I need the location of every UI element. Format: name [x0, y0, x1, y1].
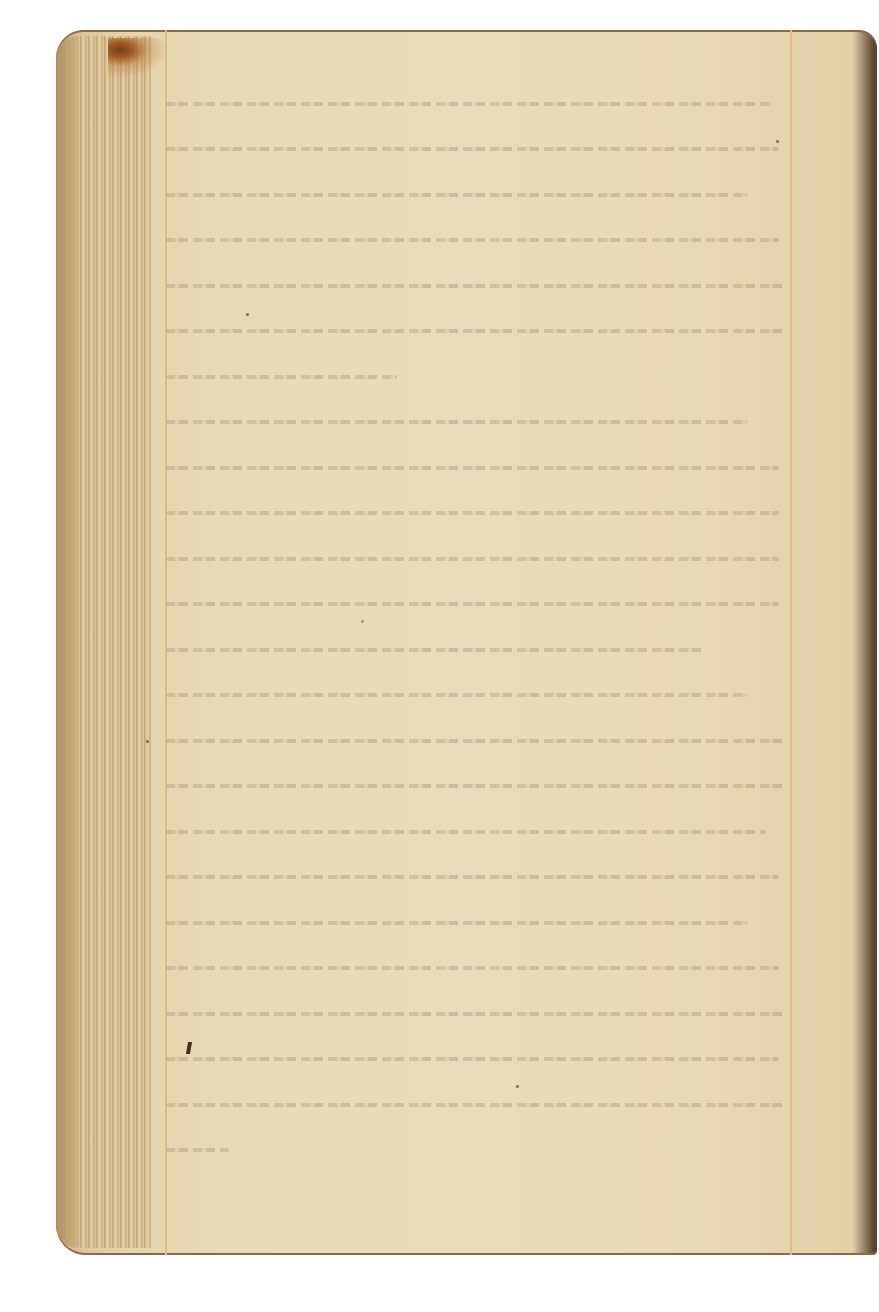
bleed-through-stroke — [166, 1103, 785, 1107]
handwriting-line — [166, 616, 791, 662]
bleed-through-stroke — [166, 420, 747, 424]
bleed-through-stroke — [166, 284, 785, 288]
bleed-through-stroke — [166, 375, 397, 379]
bleed-through-stroke — [166, 1012, 785, 1016]
bleed-through-stroke — [166, 102, 772, 106]
handwriting-line — [166, 935, 791, 981]
handwriting-line — [166, 1026, 791, 1072]
bleed-through-stroke — [166, 1148, 229, 1152]
handwriting-line — [166, 480, 791, 526]
handwriting-line — [166, 207, 791, 253]
bleed-through-stroke — [166, 329, 785, 333]
bleed-through-stroke — [166, 921, 747, 925]
bleed-through-stroke — [166, 966, 779, 970]
handwriting-line — [166, 252, 791, 298]
bleed-through-stroke — [166, 693, 747, 697]
bleed-through-stroke — [166, 147, 779, 151]
handwriting-line — [166, 571, 791, 617]
handwriting-line — [166, 753, 791, 799]
handwriting-line — [166, 662, 791, 708]
bleed-through-stroke — [166, 238, 779, 242]
bleed-through-stroke — [166, 739, 785, 743]
bleed-through-stroke — [166, 784, 785, 788]
handwriting-line — [166, 434, 791, 480]
bleed-through-stroke — [166, 830, 766, 834]
bleed-through-stroke — [166, 875, 779, 879]
handwriting-line — [166, 707, 791, 753]
bleed-through-stroke — [166, 648, 704, 652]
page-edges-stack — [56, 36, 151, 1248]
handwriting-line — [166, 389, 791, 435]
bleed-through-stroke — [166, 511, 779, 515]
handwriting-line — [166, 343, 791, 389]
foxing-stain — [108, 38, 168, 78]
handwriting-line — [166, 980, 791, 1026]
speck — [146, 740, 149, 743]
handwriting-line — [166, 161, 791, 207]
handwriting-line — [166, 525, 791, 571]
handwriting-line — [166, 1071, 791, 1117]
bleed-through-stroke — [166, 602, 779, 606]
handwriting-line — [166, 116, 791, 162]
handwriting-line — [166, 1117, 791, 1163]
handwriting-line — [166, 798, 791, 844]
bleed-through-stroke — [166, 557, 779, 561]
handwriting-line — [166, 889, 791, 935]
bleed-through-stroke — [166, 193, 747, 197]
handwriting-line — [166, 844, 791, 890]
bleed-through-stroke — [166, 466, 779, 470]
manuscript-page: illegible (mirrored bleed-through) — [56, 30, 877, 1255]
handwriting-line — [166, 70, 791, 116]
bleed-through-handwriting: illegible (mirrored bleed-through) — [166, 70, 791, 1162]
handwriting-line — [166, 298, 791, 344]
bleed-through-stroke — [166, 1057, 779, 1061]
